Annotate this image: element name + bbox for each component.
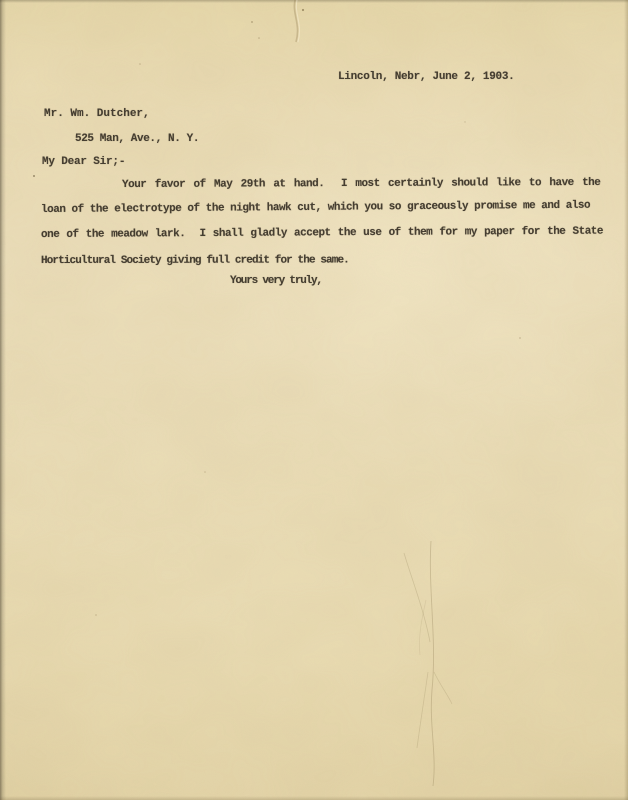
paper-scratch-marks-bottom-right	[404, 541, 452, 786]
letter-document: Lincoln, Nebr, June 2, 1903. Mr. Wm. Dut…	[0, 0, 628, 800]
page-edge-shadow-right	[624, 0, 628, 800]
letter-body-line-4: Horticultural Society giving full credit…	[41, 253, 349, 268]
letter-body-line-3: one of the meadow lark. I shall gladly a…	[41, 225, 603, 242]
letter-address-line: 525 Man, Ave., N. Y.	[75, 132, 199, 146]
letter-recipient: Mr. Wm. Dutcher,	[44, 107, 150, 121]
page-edge-shadow-bottom	[0, 796, 628, 800]
paper-specks	[33, 9, 521, 616]
page-edge-shadow-top	[0, 0, 628, 3]
letter-dateline: Lincoln, Nebr, June 2, 1903.	[338, 70, 514, 84]
page-edge-shadow-left	[0, 0, 6, 800]
paper-crease-top-center	[294, 0, 299, 42]
letter-salutation: My Dear Sir;-	[42, 155, 125, 169]
letter-body-line-1: Your favor of May 29th at hand. I most c…	[122, 176, 600, 192]
letter-closing: Yours very truly,	[230, 274, 322, 288]
letter-body-line-2: loan of the electrotype of the night haw…	[41, 199, 590, 217]
